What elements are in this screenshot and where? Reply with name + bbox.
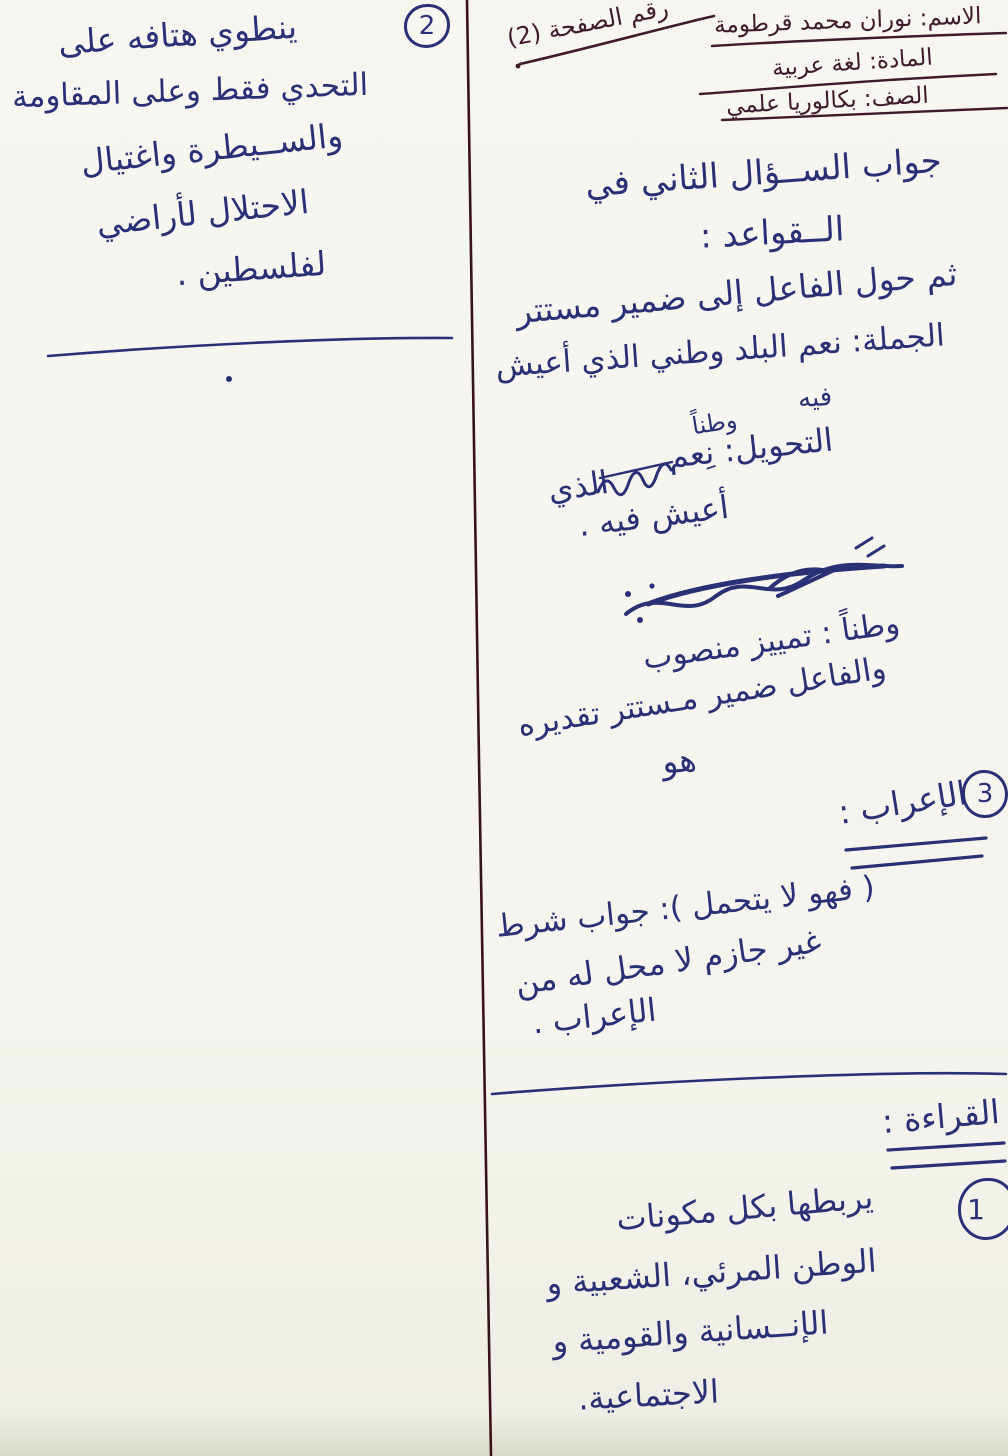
scribbled-line-stroke2 <box>648 566 884 604</box>
section-3-digit: 3 <box>977 779 994 809</box>
irab-underline-2 <box>852 856 982 868</box>
scribble-dot3 <box>649 583 654 588</box>
grammar-sentence-tail: فيه <box>797 383 833 415</box>
pronoun-word: هو <box>660 741 698 782</box>
student-name-line: الاسم: نوران محمد قرطومة <box>714 3 982 39</box>
left-answer-line-3: والســيطرة واغتيال <box>79 116 345 181</box>
item-2-circled-number: 2 <box>404 4 450 48</box>
scribble-dot2 <box>637 617 643 623</box>
page-number-note: رقم الصفحة (2) <box>505 0 671 53</box>
reading-item-1-digit: 1 <box>967 1193 985 1226</box>
item-2-digit: 2 <box>419 11 436 41</box>
parsing-line-3: الإعراب . <box>530 992 658 1042</box>
reading-answer-line-4: الاجتماعية. <box>577 1373 720 1417</box>
left-answer-line-5: لفلسطين . <box>175 245 328 293</box>
reading-section-separator-line <box>492 1073 1006 1094</box>
left-answer-line-4: الاحتلال لأراضي <box>95 183 311 243</box>
reading-section-title: القراءة : <box>881 1093 1002 1141</box>
scribble-tick-marks <box>856 538 884 556</box>
scribble-dot1 <box>625 591 631 597</box>
answer-heading-line-2: الــقواعد : <box>699 210 845 257</box>
page-note-underline-dot <box>516 64 521 69</box>
subject-line: المادة: لغة عربية <box>771 44 933 82</box>
reading-answer-line-2: الوطن المرئي، الشعبية و <box>545 1243 878 1303</box>
transform-line-end: الذي <box>546 464 611 509</box>
scribbled-line-stroke1 <box>626 565 902 614</box>
column-divider-line <box>467 0 491 1456</box>
reading-underline-2 <box>892 1161 1005 1168</box>
grammar-sentence-line: الجملة: نعم البلد وطني الذي أعيش <box>494 318 946 385</box>
grade-line: الصف: بكالوريا علمي <box>725 83 929 120</box>
left-column-separator-line <box>48 338 452 356</box>
reading-answer-line-3: الإنــسانية والقومية و <box>551 1304 830 1360</box>
left-answer-line-1: ينطوي هتافه على <box>57 8 298 63</box>
reading-underline-1 <box>888 1143 1004 1150</box>
stray-dot <box>226 376 232 382</box>
crossed-out-word-strike <box>600 462 672 478</box>
reading-answer-line-1: يربطها بكل مكونات <box>615 1179 875 1238</box>
scribbled-line-blob <box>770 569 830 596</box>
scanned-answer-sheet-page: رقم الصفحة (2) الاسم: نوران محمد قرطومة … <box>0 0 1008 1456</box>
answer-heading-line-1: جواب الســؤال الثاني في <box>584 142 943 206</box>
left-answer-line-2: التحدي فقط وعلى المقاومة <box>11 68 368 116</box>
irab-underline-1 <box>846 838 986 850</box>
section-3-title: الإعراب : <box>836 774 969 832</box>
grammar-instruction-line: ثم حول الفاعل إلى ضمير مستتر <box>514 255 959 331</box>
reading-item-1-circled-number: 1 <box>958 1178 1008 1240</box>
